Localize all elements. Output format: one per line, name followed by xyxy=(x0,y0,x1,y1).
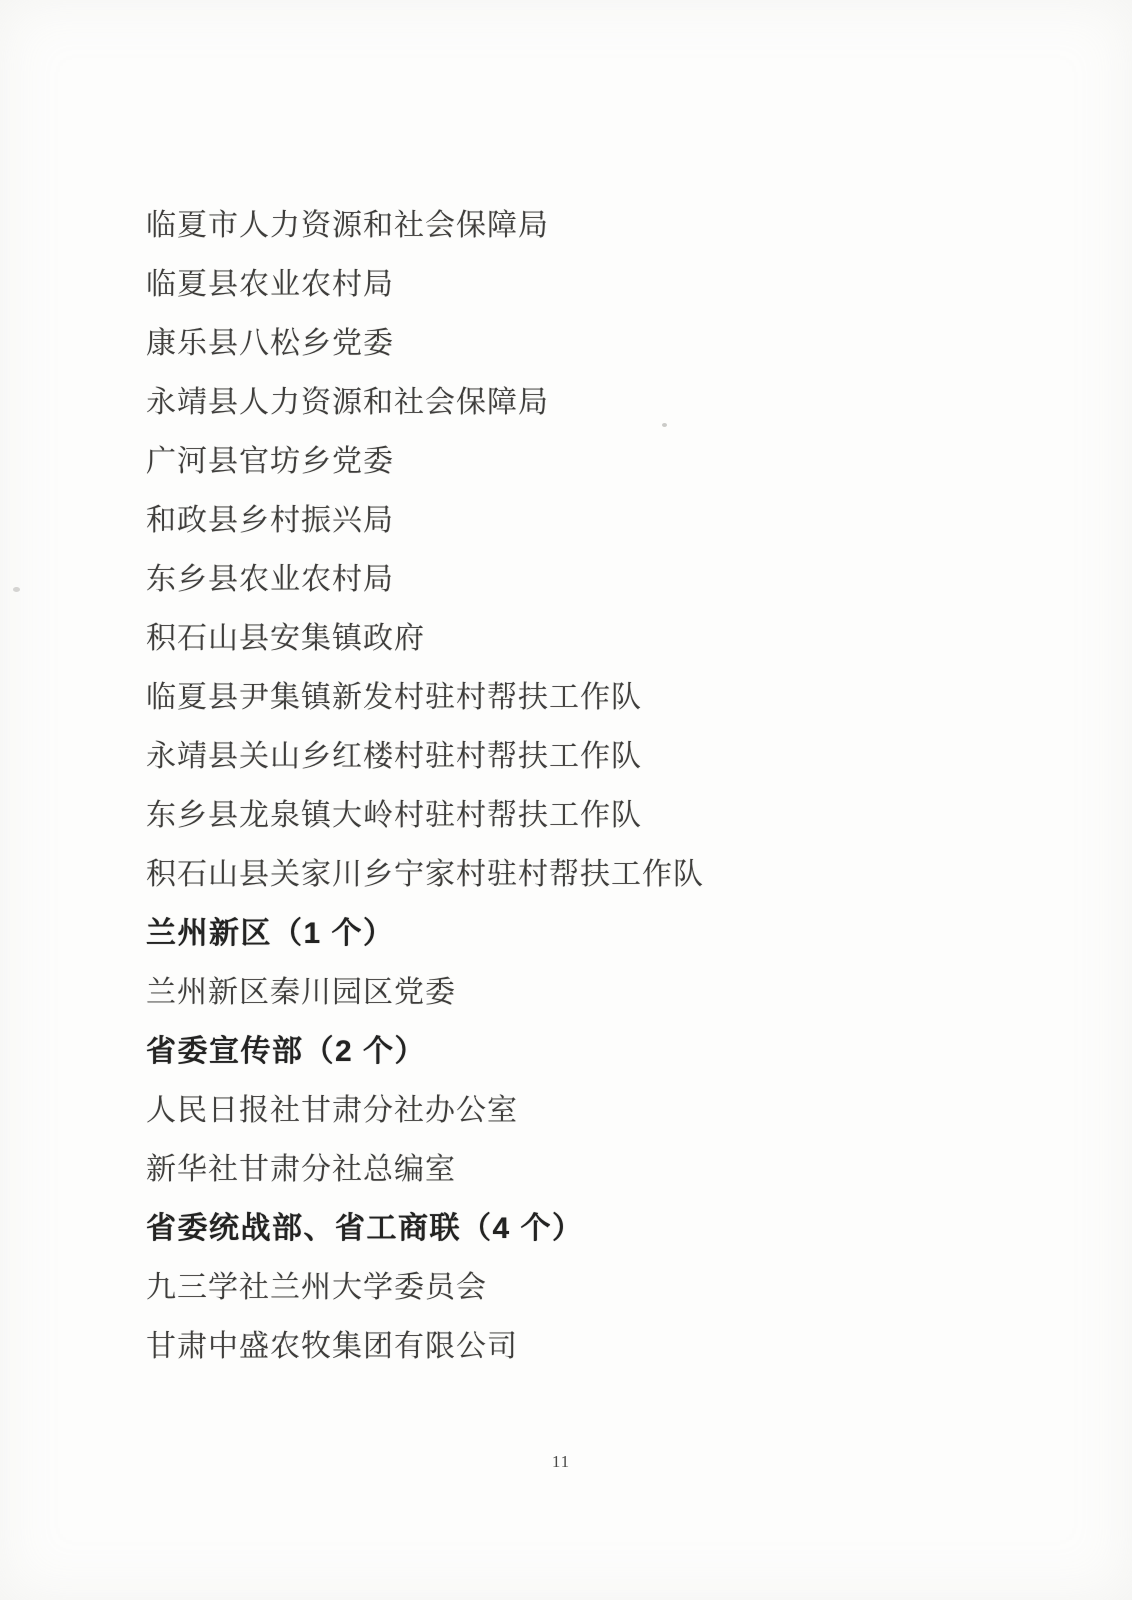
section-heading-propaganda-dept: 省委宣传部（2 个） xyxy=(146,1018,1026,1077)
org-list-item: 东乡县农业农村局 xyxy=(146,546,1026,605)
section-heading-lanzhou-new-area: 兰州新区（1 个） xyxy=(146,900,1026,959)
org-list-item: 永靖县关山乡红楼村驻村帮扶工作队 xyxy=(146,723,1026,782)
page-number: 11 xyxy=(0,1452,1122,1472)
org-list: 临夏市人力资源和社会保障局 临夏县农业农村局 康乐县八松乡党委 永靖县人力资源和… xyxy=(146,192,1026,1372)
org-list-item: 临夏市人力资源和社会保障局 xyxy=(146,192,1026,251)
org-list-item: 临夏县农业农村局 xyxy=(146,251,1026,310)
scan-speck xyxy=(662,423,667,427)
org-list-item: 康乐县八松乡党委 xyxy=(146,310,1026,369)
org-list-item: 东乡县龙泉镇大岭村驻村帮扶工作队 xyxy=(146,782,1026,841)
org-list-item: 人民日报社甘肃分社办公室 xyxy=(146,1077,1026,1136)
org-list-item: 临夏县尹集镇新发村驻村帮扶工作队 xyxy=(146,664,1026,723)
org-list-item: 甘肃中盛农牧集团有限公司 xyxy=(146,1313,1026,1372)
org-list-item: 新华社甘肃分社总编室 xyxy=(146,1136,1026,1195)
org-list-item: 永靖县人力资源和社会保障局 xyxy=(146,369,1026,428)
section-heading-united-front-dept: 省委统战部、省工商联（4 个） xyxy=(146,1195,1026,1254)
org-list-item: 积石山县安集镇政府 xyxy=(146,605,1026,664)
org-list-item: 广河县官坊乡党委 xyxy=(146,428,1026,487)
scan-speck xyxy=(13,587,20,592)
scanned-document-page: 临夏市人力资源和社会保障局 临夏县农业农村局 康乐县八松乡党委 永靖县人力资源和… xyxy=(0,0,1132,1600)
org-list-item: 九三学社兰州大学委员会 xyxy=(146,1254,1026,1313)
org-list-item: 兰州新区秦川园区党委 xyxy=(146,959,1026,1018)
org-list-item: 积石山县关家川乡宁家村驻村帮扶工作队 xyxy=(146,841,1026,900)
org-list-item: 和政县乡村振兴局 xyxy=(146,487,1026,546)
